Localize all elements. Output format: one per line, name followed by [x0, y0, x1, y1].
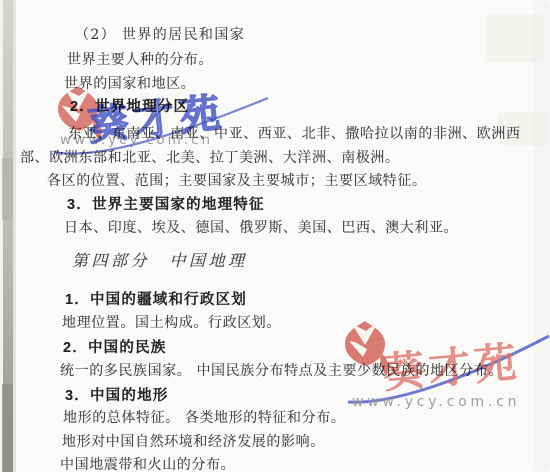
body-line: 东亚、东南亚、南亚、中亚、西亚、北非、撒哈拉以南的非洲、欧洲西	[68, 123, 521, 143]
sub-heading: （2） 世界的居民和国家	[75, 24, 245, 44]
body-line: 地形的总体特征。 各类地形的特征和分布。	[63, 407, 345, 427]
body-line: 世界的国家和地区。	[64, 73, 195, 93]
section-heading: 2．中国的民族	[63, 336, 166, 357]
section-heading: 2．世界地理分区	[70, 95, 189, 116]
body-line: 世界主要人种的分布。	[67, 49, 213, 69]
body-line: 日本、印度、埃及、德国、俄罗斯、美国、巴西、澳大利亚。	[64, 217, 458, 237]
scan-smudge	[534, 0, 550, 472]
body-line: 中国地震带和火山的分布。	[60, 454, 235, 472]
binding-shade	[2, 384, 13, 472]
part-title: 第四部分 中国地理	[72, 248, 248, 271]
section-heading: 3．中国的地形	[65, 384, 168, 405]
body-line: 地形对中国自然环境和经济发展的影响。	[62, 431, 325, 451]
section-heading: 1．中国的疆域和行政区划	[65, 288, 247, 309]
binding-shade	[2, 158, 13, 220]
url-watermark-text: www.ycy.com.cn	[352, 394, 520, 410]
scanned-document-page: （2） 世界的居民和国家 世界主要人种的分布。 世界的国家和地区。 2．世界地理…	[0, 0, 550, 472]
body-line: 地理位置。国土构成。行政区划。	[62, 312, 281, 332]
body-line: 各区的位置、范围；主要国家及主要城市；主要区域特征。	[47, 170, 427, 190]
body-line: 统一的多民族国家。 中国民族分布特点及主要少数民族的地区分布。	[60, 360, 503, 380]
body-line: 部、欧洲东部和北亚、北美、拉丁美洲、大洋洲、南极洲。	[20, 147, 400, 167]
section-heading: 3．世界主要国家的地理特征	[67, 193, 265, 214]
binding-shadow	[13, 0, 16, 472]
